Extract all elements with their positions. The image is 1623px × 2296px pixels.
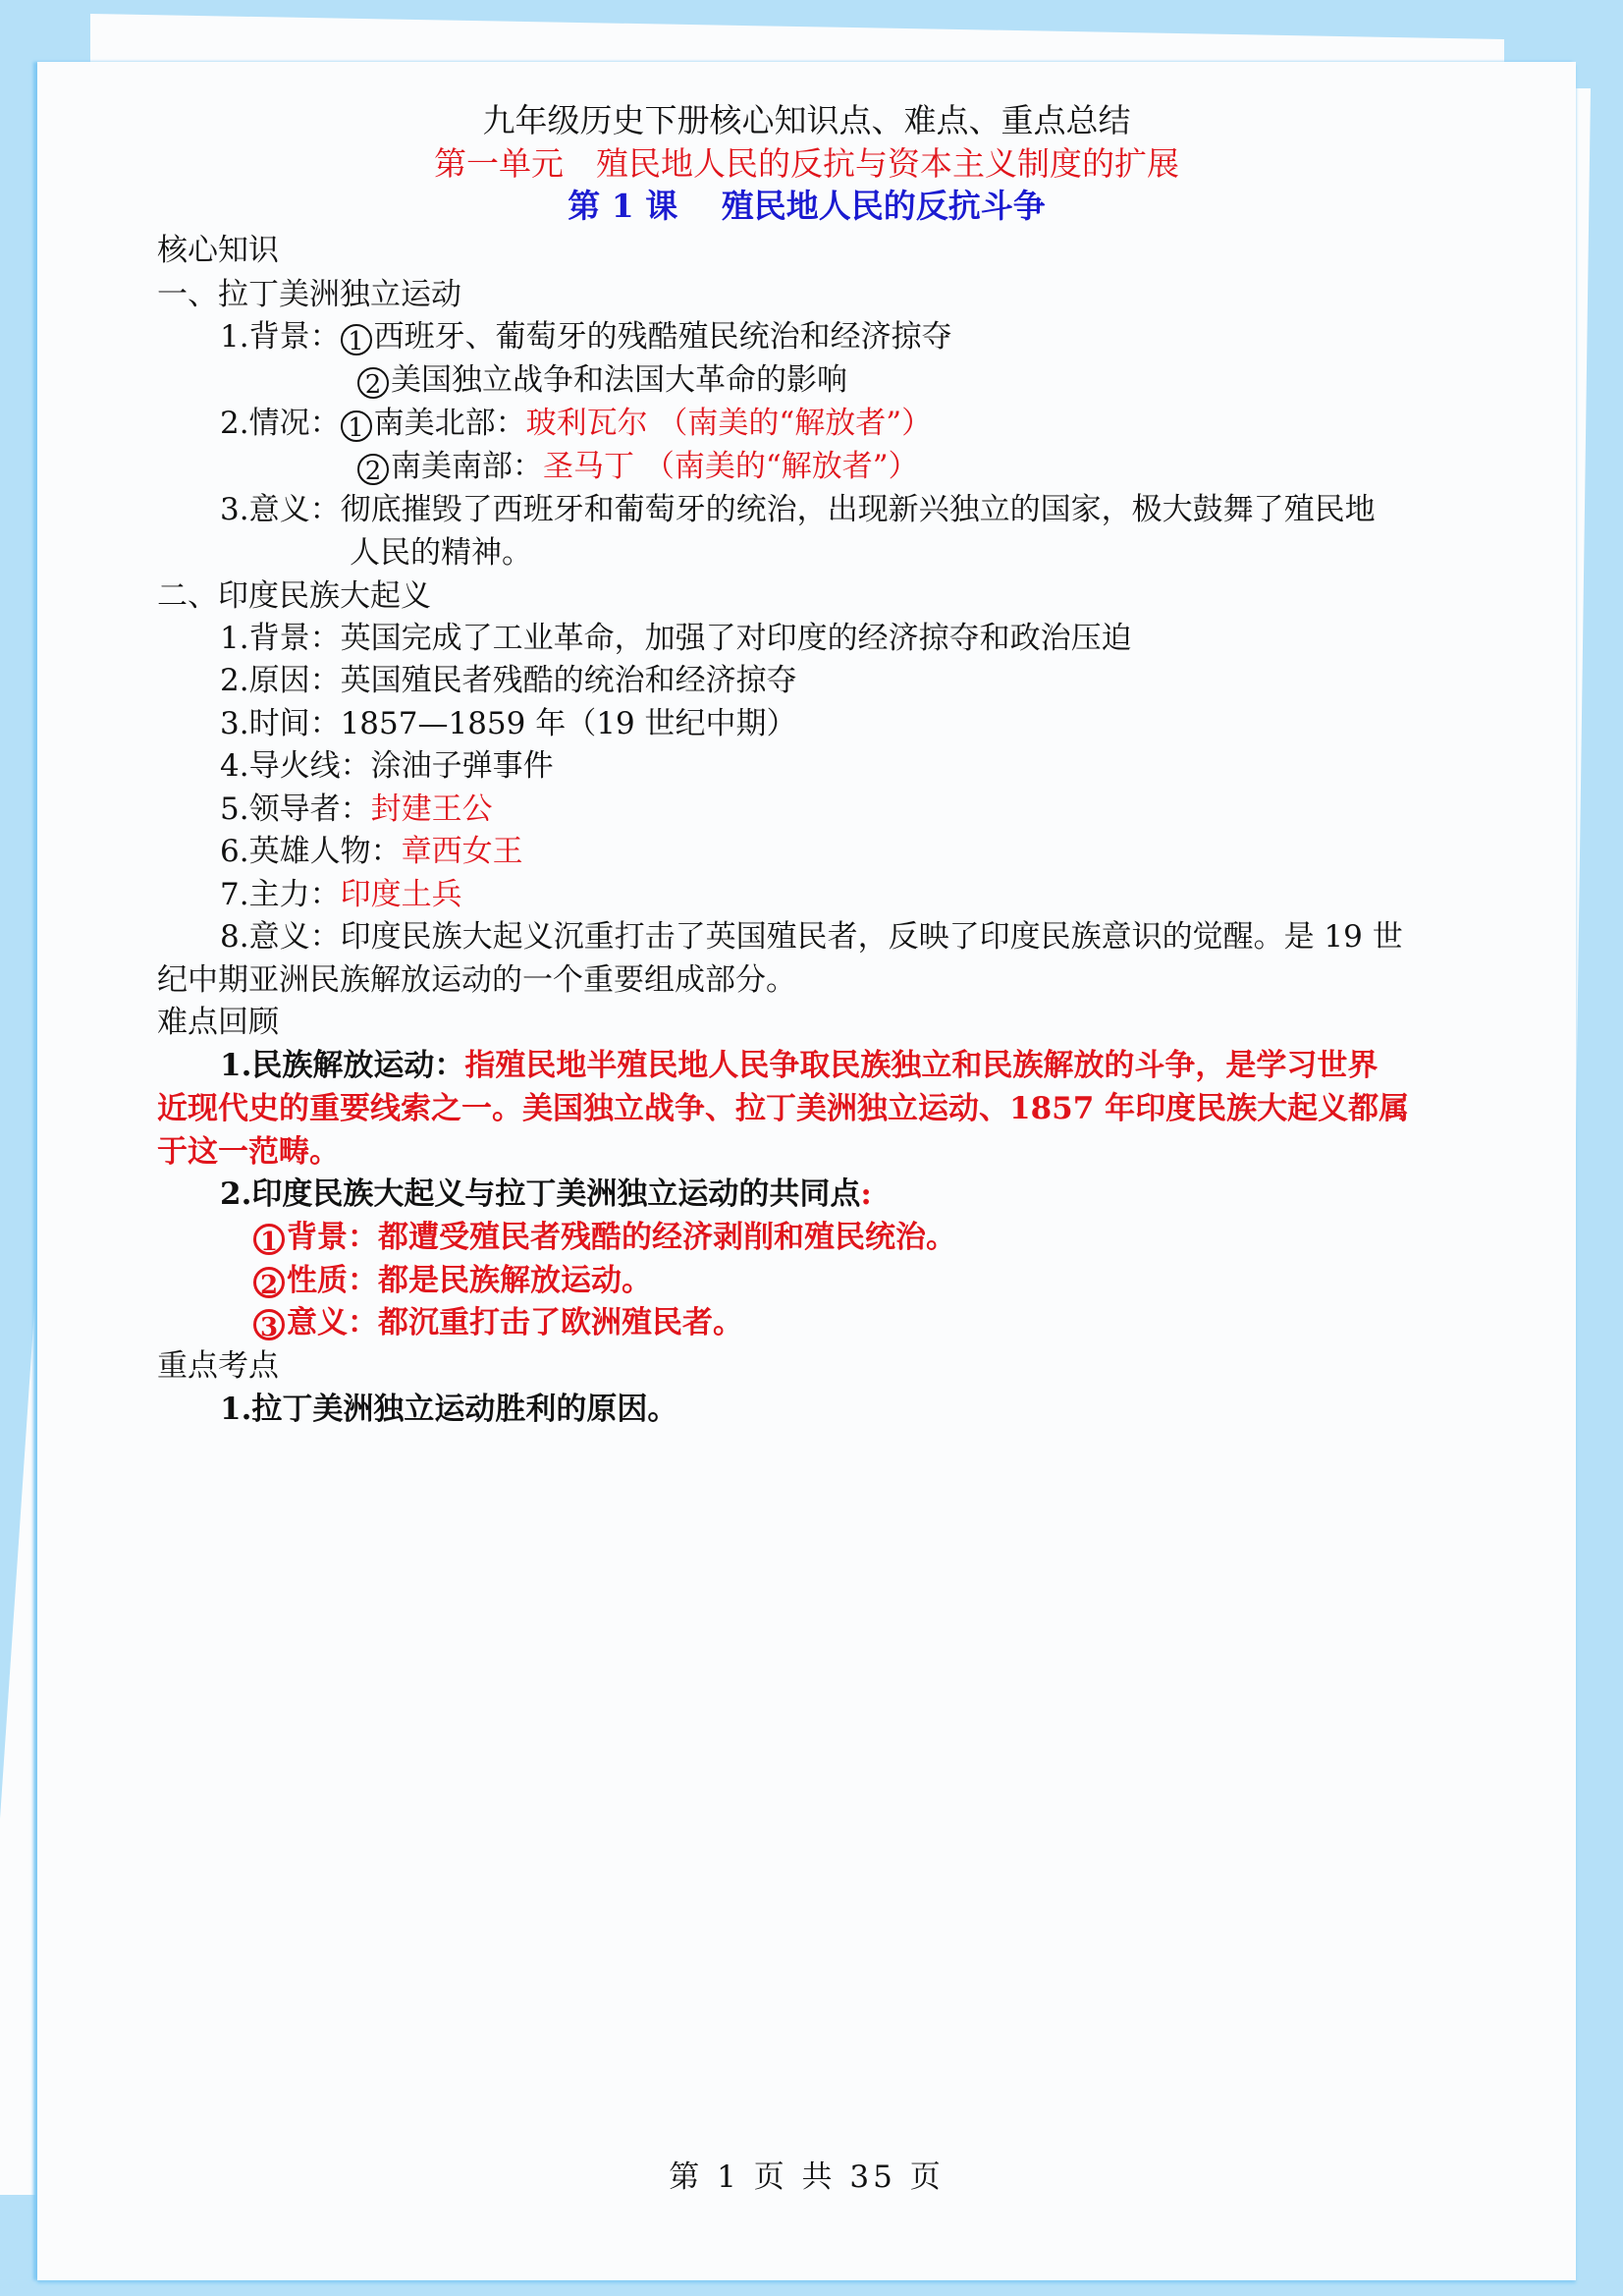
part2-item: 6.英雄人物：章西女王 — [220, 832, 523, 871]
part1-significance-line2: 人民的精神。 — [350, 533, 532, 573]
circled-number-icon: 2 — [357, 454, 389, 485]
item-label: 7.主力： — [220, 877, 341, 912]
bg-label: 1.背景： — [220, 319, 341, 355]
common-point-text: 背景：都遭受殖民者残酷的经济剥削和殖民统治。 — [287, 1220, 956, 1255]
part2-item: 7.主力：印度土兵 — [220, 875, 462, 914]
item-value: 1857—1859 年（19 世纪中期） — [341, 706, 797, 741]
section-heading-key: 重点考点 — [157, 1346, 279, 1386]
item-value: 英国完成了工业革命，加强了对印度的经济掠夺和政治压迫 — [341, 621, 1132, 656]
part2-item: 1.背景：英国完成了工业革命，加强了对印度的经济掠夺和政治压迫 — [220, 619, 1132, 658]
item-label: 6.英雄人物： — [220, 834, 402, 869]
difficult-item2-heading: 2.印度民族大起义与拉丁美洲独立运动的共同点: — [220, 1175, 872, 1214]
circled-number-icon: 1 — [253, 1224, 285, 1255]
circled-number-icon: 1 — [341, 324, 372, 355]
lesson-title-text: 第 1 课 殖民地人民的反抗斗争 — [568, 187, 1045, 225]
sit-label: 2.情况： — [220, 406, 341, 441]
common-point: 3意义：都沉重打击了欧洲殖民者。 — [253, 1303, 743, 1342]
common-point: 2性质：都是民族解放运动。 — [253, 1261, 652, 1300]
part2-significance-line2: 纪中期亚洲民族解放运动的一个重要组成部分。 — [157, 960, 796, 1000]
document-page: 九年级历史下册核心知识点、难点、重点总结 第一单元 殖民地人民的反抗与资本主义制… — [37, 62, 1576, 2280]
sit-1-label: 南美北部： — [374, 406, 526, 441]
back-page-sheet — [90, 14, 1504, 63]
bg-item-2: 美国独立战争和法国大革命的影响 — [391, 362, 847, 398]
circled-number-icon: 2 — [253, 1267, 285, 1298]
item-label: 4.导火线： — [220, 748, 371, 784]
bg-item-1: 西班牙、葡萄牙的残酷殖民统治和经济掠夺 — [374, 319, 952, 355]
section-heading-difficult: 难点回顾 — [157, 1003, 279, 1042]
unit-title: 第一单元 殖民地人民的反抗与资本主义制度的扩展 — [37, 144, 1576, 184]
sig-text: 彻底摧毁了西班牙和葡萄牙的统治，出现新兴独立的国家，极大鼓舞了殖民地 — [341, 492, 1376, 527]
section-heading-core: 核心知识 — [157, 231, 279, 270]
key-item-1: 1.拉丁美洲独立运动胜利的原因。 — [220, 1390, 677, 1429]
item-value: 封建王公 — [371, 792, 493, 827]
item-label: 2.原因： — [220, 663, 341, 698]
common-point-text: 意义：都沉重打击了欧洲殖民者。 — [287, 1305, 743, 1340]
document-title: 九年级历史下册核心知识点、难点、重点总结 — [37, 101, 1576, 140]
sit-2-label: 南美南部： — [391, 449, 543, 484]
item-value: 印度土兵 — [341, 877, 462, 912]
common-point-text: 性质：都是民族解放运动。 — [287, 1263, 652, 1298]
difficult-item1-label: 1.民族解放运动： — [220, 1048, 464, 1083]
circled-number-icon: 3 — [253, 1309, 285, 1340]
part2-item: 3.时间：1857—1859 年（19 世纪中期） — [220, 704, 797, 743]
part1-significance-line1: 3.意义：彻底摧毁了西班牙和葡萄牙的统治，出现新兴独立的国家，极大鼓舞了殖民地 — [220, 490, 1376, 529]
item-label: 5.领导者： — [220, 792, 371, 827]
part1-situation-line1: 2.情况：1南美北部：玻利瓦尔 （南美的“解放者”） — [220, 404, 932, 443]
sig-label: 3.意义： — [220, 492, 341, 527]
part2-heading: 二、印度民族大起义 — [157, 576, 431, 616]
circled-number-icon: 1 — [341, 410, 372, 442]
difficult-item1-line2: 近现代史的重要线索之一。美国独立战争、拉丁美洲独立运动、1857 年印度民族大起… — [157, 1089, 1409, 1128]
difficult-item1-text: 指殖民地半殖民地人民争取民族独立和民族解放的斗争，是学习世界 — [464, 1048, 1378, 1083]
item-value: 涂油子弹事件 — [371, 748, 554, 784]
part1-situation-line2: 2南美南部：圣马丁 （南美的“解放者”） — [357, 447, 919, 486]
part1-background-line2: 2美国独立战争和法国大革命的影响 — [357, 360, 847, 400]
item-value: 章西女王 — [402, 834, 523, 869]
difficult-item2-label: 2.印度民族大起义与拉丁美洲独立运动的共同点 — [220, 1176, 860, 1212]
part2-item: 4.导火线：涂油子弹事件 — [220, 746, 554, 786]
item-value: 英国殖民者残酷的统治和经济掠夺 — [341, 663, 797, 698]
part1-heading: 一、拉丁美洲独立运动 — [157, 275, 461, 314]
lesson-title: 第 1 课 殖民地人民的反抗斗争 — [37, 187, 1576, 226]
difficult-item2-colon: : — [860, 1176, 871, 1212]
item-label: 3.时间： — [220, 706, 341, 741]
item-label: 1.背景： — [220, 621, 341, 656]
common-point: 1背景：都遭受殖民者残酷的经济剥削和殖民统治。 — [253, 1218, 956, 1257]
difficult-item1-line3: 于这一范畴。 — [157, 1132, 340, 1172]
sit-2-value: 圣马丁 （南美的“解放者”） — [543, 449, 919, 484]
circled-number-icon: 2 — [357, 367, 389, 399]
part2-item: 2.原因：英国殖民者残酷的统治和经济掠夺 — [220, 661, 797, 700]
sit-1-value: 玻利瓦尔 （南美的“解放者”） — [526, 406, 933, 441]
page-number-footer: 第 1 页 共 35 页 — [37, 2158, 1576, 2197]
part2-item: 5.领导者：封建王公 — [220, 790, 493, 829]
part2-significance-line1: 8.意义：印度民族大起义沉重打击了英国殖民者，反映了印度民族意识的觉醒。是 19… — [220, 917, 1403, 957]
difficult-item1-line1: 1.民族解放运动：指殖民地半殖民地人民争取民族独立和民族解放的斗争，是学习世界 — [220, 1046, 1378, 1085]
part1-background-line1: 1.背景：1西班牙、葡萄牙的残酷殖民统治和经济掠夺 — [220, 317, 952, 356]
